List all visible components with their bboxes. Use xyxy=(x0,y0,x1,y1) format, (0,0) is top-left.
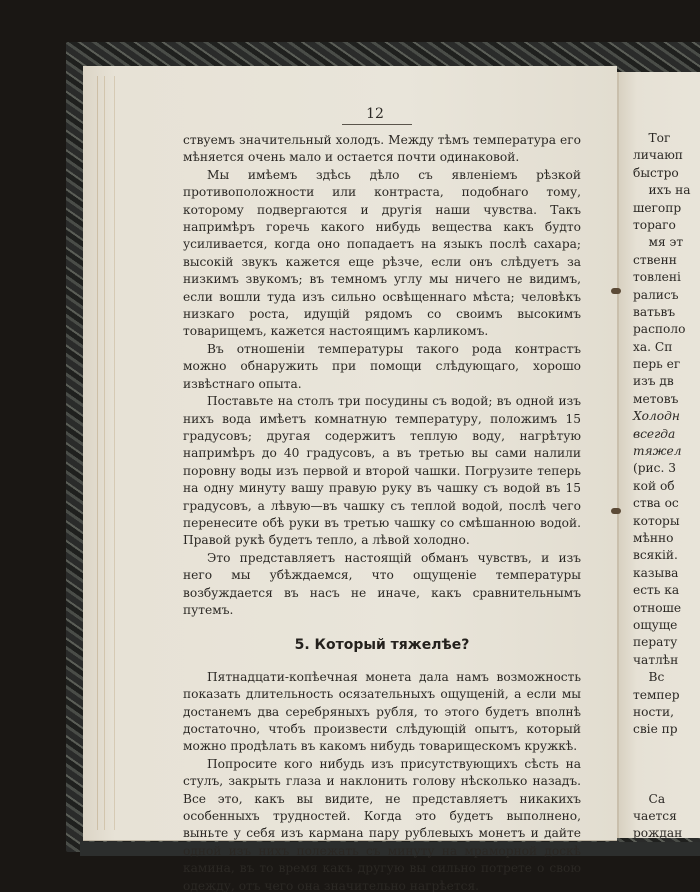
text-line: отноше xyxy=(633,600,700,617)
text-line: перь ег xyxy=(633,356,700,373)
text-line: рождан xyxy=(633,825,700,838)
text-line: чатлѣн xyxy=(633,652,700,669)
text-line: товлені xyxy=(633,269,700,286)
text-line: изъ дв xyxy=(633,373,700,390)
text-line: есть ка xyxy=(633,582,700,599)
paragraphs-before-heading: ствуемъ значительный холодъ. Между тѣмъ … xyxy=(183,132,581,619)
right-page: Тогличаюпбыстро ихъ нашегопртораго мя эт… xyxy=(617,72,700,838)
section-heading: 5. Который тяжелѣе? xyxy=(183,637,581,654)
text-line: метовъ xyxy=(633,391,700,408)
text-line: располо xyxy=(633,321,700,338)
text-line: Тог xyxy=(633,130,700,147)
text-line: шегопр xyxy=(633,200,700,217)
text-line: которы xyxy=(633,513,700,530)
text-line: ватьвъ xyxy=(633,304,700,321)
paragraph: Мы имѣемъ здѣсь дѣло съ явленіемъ рѣзкой… xyxy=(183,167,581,341)
text-line: быстро xyxy=(633,165,700,182)
text-line: ности, xyxy=(633,704,700,721)
page-number: 12 xyxy=(340,106,410,122)
left-page-text: ствуемъ значительный холодъ. Между тѣмъ … xyxy=(183,132,581,892)
text-line: темпер xyxy=(633,687,700,704)
paragraph: ствуемъ значительный холодъ. Между тѣмъ … xyxy=(183,132,581,167)
paragraph: Попросите кого нибудь изъ присутствующих… xyxy=(183,756,581,892)
paragraphs-after-heading: Пятнадцати-копѣечная монета дала намъ во… xyxy=(183,669,581,892)
page-edge-lines xyxy=(97,76,115,830)
text-line: свіе пр xyxy=(633,721,700,738)
right-page-text: Тогличаюпбыстро ихъ нашегопртораго мя эт… xyxy=(633,130,700,838)
paragraph: Въ отношеніи температуры такого рода кон… xyxy=(183,341,581,393)
paragraph: Пятнадцати-копѣечная монета дала намъ во… xyxy=(183,669,581,756)
text-line: чается xyxy=(633,808,700,825)
text-line: ха. Сп xyxy=(633,339,700,356)
text-line: личаюп xyxy=(633,147,700,164)
text-line: ихъ на xyxy=(633,182,700,199)
text-line: тораго xyxy=(633,217,700,234)
text-line: тяжел xyxy=(633,443,700,460)
paragraph: Поставьте на столъ три посудины съ водой… xyxy=(183,393,581,550)
text-line: всякій. xyxy=(633,547,700,564)
text-line: ственн xyxy=(633,252,700,269)
text-line: мя эт xyxy=(633,234,700,251)
binding-stitch xyxy=(611,508,621,514)
text-line: ралисъ xyxy=(633,287,700,304)
section-gap xyxy=(633,739,700,791)
text-line: Са xyxy=(633,791,700,808)
page-number-rule xyxy=(342,124,412,125)
text-line: кой об xyxy=(633,478,700,495)
text-line: (рис. 3 xyxy=(633,460,700,477)
paragraph: Это представляетъ настоящій обманъ чувст… xyxy=(183,550,581,620)
binding-stitch xyxy=(611,288,621,294)
text-line: Вс xyxy=(633,669,700,686)
text-line: перату xyxy=(633,634,700,651)
text-line: ства ос xyxy=(633,495,700,512)
text-line: мѣнно xyxy=(633,530,700,547)
text-line: ощуще xyxy=(633,617,700,634)
text-line: казыва xyxy=(633,565,700,582)
text-line: Холодн xyxy=(633,408,700,425)
text-line: всегда xyxy=(633,426,700,443)
